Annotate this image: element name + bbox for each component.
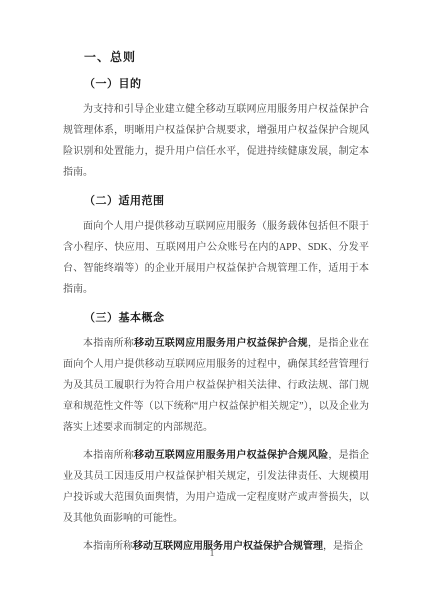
- chapter-heading-general-principles: 一、总则: [84, 49, 369, 66]
- definition-body: ，是指企业及其员工因违反用户权益保护相关规定，引发法律责任、大规模用户投诉或大范…: [63, 450, 369, 524]
- section-heading-scope: （二）适用范围: [84, 193, 369, 209]
- page-content: 一、总则 （一）目的 为支持和引导企业建立健全移动互联网应用服务用户权益保护合规…: [0, 0, 424, 557]
- definition-term-compliance: 移动互联网应用服务用户权益保护合规: [134, 338, 308, 349]
- paragraph-scope: 面向个人用户提供移动互联网应用服务（服务载体包括但不限于含小程序、快应用、互联网…: [63, 216, 369, 300]
- paragraph-definition-compliance: 本指南所称移动互联网应用服务用户权益保护合规，是指企业在面向个人用户提供移动互联…: [63, 333, 369, 438]
- definition-term-compliance-risk: 移动互联网应用服务用户权益保护合规风险: [134, 450, 328, 461]
- definition-prefix: 本指南所称: [83, 338, 134, 349]
- document-page: 一、总则 （一）目的 为支持和引导企业建立健全移动互联网应用服务用户权益保护合规…: [0, 0, 424, 600]
- page-number: 1: [0, 549, 424, 559]
- section-heading-purpose: （一）目的: [84, 76, 369, 92]
- paragraph-definition-compliance-risk: 本指南所称移动互联网应用服务用户权益保护合规风险，是指企业及其员工因违反用户权益…: [63, 445, 369, 529]
- definition-prefix: 本指南所称: [83, 450, 134, 461]
- definition-body: ，是指企业在面向个人用户提供移动互联网应用服务的过程中，确保其经营管理行为及其员…: [63, 338, 369, 433]
- paragraph-purpose: 为支持和引导企业建立健全移动互联网应用服务用户权益保护合规管理体系，明晰用户权益…: [63, 99, 369, 183]
- section-heading-basic-concepts: （三）基本概念: [84, 310, 369, 326]
